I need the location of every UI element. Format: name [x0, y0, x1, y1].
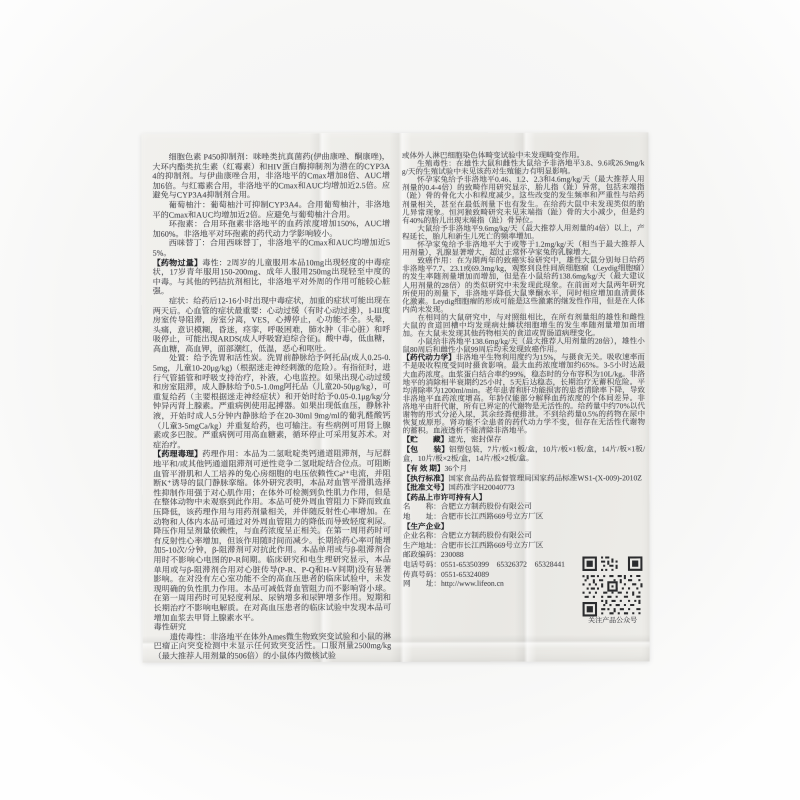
paragraph-text: 西咪替丁：合用西咪替丁，非洛地平的Cmax和AUC均增加近55%。	[153, 238, 390, 257]
paragraph-text: 企业名称：合肥立方制药股份有限公司	[403, 531, 532, 540]
paragraph-text: 致癌作用：在为期两年的致癌实验研究中，雄性大鼠分别每日给药非洛地平7.7、23.…	[402, 256, 645, 314]
insert-paragraph: 【有 效 期】36个月	[403, 463, 646, 473]
paragraph-text: 毒性研究	[154, 623, 186, 632]
paragraph-text: 名 称：合肥立方制药股份有限公司	[403, 502, 532, 511]
paragraph-text: 药理作用：本品为二氢吡啶类钙通道阻滞剂，与尼群地平和/或其他钙通道阻滞剂可逆性竞…	[153, 449, 391, 622]
paragraph-text: 在相同的大鼠研究中，与对照组相比，在所有剂量组的雄性和雌性大鼠的食道回槽中均发现…	[402, 312, 645, 338]
insert-paragraph: 毒性研究	[154, 622, 392, 632]
paragraph-text: 电话号码：0551-65350399 65326372 65328441	[403, 560, 565, 569]
photo-background: 细胞色素 P450抑制剂：咪唑类抗真菌药(伊曲康唑、酮康唑)，大环内酯类抗生素（…	[0, 0, 800, 800]
insert-paragraph: 【药代动力学】非洛地平生物利用度约为15%，与摄食无关。吸收速率而不是吸收程度受…	[402, 354, 645, 436]
paragraph-text: 遗传毒性：非洛地平在体外Ames微生物致突变试验和小鼠的淋巴瘤正向突变检测中未显…	[154, 632, 392, 661]
insert-paragraph: 【贮 藏】遮光，密封保存	[403, 435, 646, 445]
insert-paragraph: 葡萄柚汁：葡萄柚汁可抑制CYP3A4。合用葡萄柚汁，非洛地平的Cmax和AUC均…	[152, 200, 390, 220]
insert-paragraph: 【生产企业】	[403, 521, 646, 531]
paragraph-text: 症状：给药后12-16小时出现中毒症状，加重的症状可能出现在两天后。心血管的症状…	[153, 296, 391, 354]
paragraph-text: 传真号码：0551-65324089	[403, 569, 489, 578]
paragraph-text: 怀孕家兔给予非洛地平大于或等于1.2mg/kg/天（相当于最大推荐人用剂量），乳…	[402, 239, 645, 257]
paragraph-text: 邮政编码：230088	[403, 550, 464, 559]
paragraph-text: 怀孕家兔给予非洛地平0.46、1.2、2.3和4.6mg/kg/天（最大推荐人用…	[402, 175, 645, 225]
insert-paragraph: 处置：给予洗胃和活性炭。洗胃前静脉给予阿托品(成人0.25-0.5mg，儿童10…	[153, 353, 391, 450]
paragraph-text: 生产地址：合肥市长江西路669号立方厂区	[403, 540, 544, 549]
section-heading: 【药品上市许可持有人】	[403, 493, 487, 502]
paragraph-text: 遮光，密封保存	[448, 435, 501, 444]
paragraph-text: 环孢素：合用环孢素非洛地平的血药浓度增加150%，AUC增加60%。非洛地平对环…	[153, 219, 390, 238]
insert-paragraph: 遗传毒性：非洛地平在体外Ames微生物致突变试验和小鼠的淋巴瘤正向突变检测中未显…	[154, 632, 392, 661]
insert-paragraph: 企业名称：合肥立方制药股份有限公司	[403, 531, 646, 541]
insert-text-area: 细胞色素 P450抑制剂：咪唑类抗真菌药(伊曲康唑、酮康唑)，大环内酯类抗生素（…	[152, 151, 645, 662]
insert-paragraph: 环孢素：合用环孢素非洛地平的血药浓度增加150%，AUC增加60%。非洛地平对环…	[153, 219, 391, 239]
insert-paragraph: 【药理毒理】药理作用：本品为二氢吡啶类钙通道阻滞剂，与尼群地平和/或其他钙通道阻…	[153, 449, 391, 622]
insert-paragraph: 【药物过量】毒性：2周岁的儿童服用本品10mg出现轻度的中毒症状，17岁青年服用…	[153, 258, 391, 297]
insert-paragraph: 【执行标准】国家食品药品监督管理局国家药品标准WS1-(X-009)-2010Z	[403, 473, 646, 483]
paragraph-text: 网 址：http://www.lifeon.cn	[403, 579, 504, 588]
paragraph-text: 地 址：合肥市长江西路669号立方厂区	[403, 512, 544, 521]
section-heading: 【执行标准】	[403, 474, 449, 483]
section-heading: 【批准文号】	[403, 483, 449, 492]
insert-paragraph: 症状：给药后12-16小时出现中毒症状，加重的症状可能出现在两天后。心血管的症状…	[153, 296, 391, 354]
left-text-column: 细胞色素 P450抑制剂：咪唑类抗真菌药(伊曲康唑、酮康唑)，大环内酯类抗生素（…	[152, 152, 391, 663]
section-heading: 【生产企业】	[403, 521, 449, 530]
section-heading: 【包 装】	[403, 445, 449, 454]
insert-paragraph: 在相同的大鼠研究中，与对照组相比，在所有剂量组的雄性和雌性大鼠的食道回槽中均发现…	[402, 313, 645, 338]
section-heading: 【药物过量】	[153, 258, 203, 267]
paragraph-text: 36个月	[444, 464, 467, 473]
section-heading: 【贮 藏】	[403, 435, 449, 444]
paragraph-text: 葡萄柚汁：葡萄柚汁可抑制CYP3A4。合用葡萄柚汁，非洛地平的Cmax和AUC均…	[153, 200, 390, 219]
paragraph-text: 处置：给予洗胃和活性炭。洗胃前静脉给予阿托品(成人0.25-0.5mg，儿童10…	[153, 353, 391, 449]
insert-paragraph: 西咪替丁：合用西咪替丁，非洛地平的Cmax和AUC均增加近55%。	[153, 238, 391, 258]
insert-paragraph: 生产地址：合肥市长江西路669号立方厂区	[403, 540, 646, 550]
paragraph-text: 细胞色素 P450抑制剂：咪唑类抗真菌药(伊曲康唑、酮康唑)，大环内酯类抗生素（…	[152, 152, 390, 200]
insert-paragraph: 致癌作用：在为期两年的致癌实验研究中，雄性大鼠分别每日给药非洛地平7.7、23.…	[402, 257, 645, 314]
paragraph-text: 国家食品药品监督管理局国家药品标准WS1-(X-009)-2010Z	[448, 473, 642, 483]
package-insert-sheet: 细胞色素 P450抑制剂：咪唑类抗真菌药(伊曲康唑、酮康唑)，大环内酯类抗生素（…	[141, 132, 649, 662]
insert-paragraph: 名 称：合肥立方制药股份有限公司	[403, 502, 646, 512]
section-heading: 【药理毒理】	[153, 450, 202, 459]
paragraph-text: 国药准字H20040773	[448, 483, 514, 492]
insert-paragraph: 【包 装】铝塑包装，7片/板×1板/盒，10片/板×1板/盒，14片/板×1板/…	[403, 444, 646, 464]
qr-caption: 关注产品公众号	[588, 616, 637, 625]
insert-paragraph: 地 址：合肥市长江西路669号立方厂区	[403, 511, 646, 521]
paragraph-text: 非洛地平生物利用度约为15%，与摄食无关。吸收速率而不是吸收程度受同时摄食影响。…	[402, 353, 645, 435]
paragraph-text: 大鼠给予非洛地平9.6mg/kg/天（最大推荐人用剂量的4倍）以上，产程延长，胎…	[402, 223, 645, 241]
qr-block: 关注产品公众号	[578, 556, 646, 625]
section-heading: 【有 效 期】	[403, 464, 445, 473]
qr-code-icon	[580, 556, 644, 616]
insert-paragraph: 细胞色素 P450抑制剂：咪唑类抗真菌药(伊曲康唑、酮康唑)，大环内酯类抗生素（…	[152, 152, 390, 201]
insert-paragraph: 怀孕家兔给予非洛地平0.46、1.2、2.3和4.6mg/kg/天（最大推荐人用…	[402, 176, 645, 225]
insert-paragraph: 【批准文号】国药准字H20040773	[403, 483, 646, 493]
